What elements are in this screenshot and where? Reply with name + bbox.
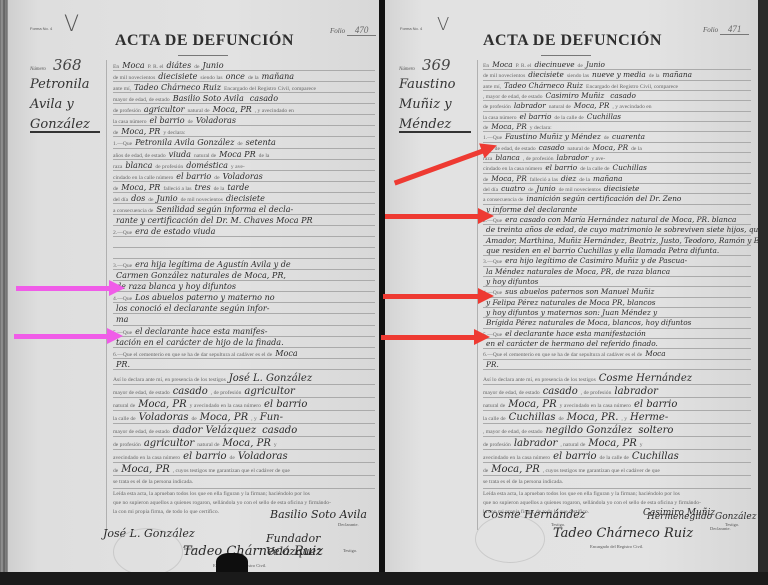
printed-label: de profesión	[155, 164, 183, 170]
printed-label: de	[194, 64, 199, 70]
margin-rule	[30, 131, 100, 133]
form-line: de mil novecientosdiecisietesiendo lason…	[113, 71, 375, 82]
handwritten-entry: Voladoras	[235, 451, 291, 462]
printed-label: de mil novecientos	[181, 197, 223, 203]
printed-label: 4.—Que	[113, 296, 132, 302]
handwritten-entry: Moca, PR	[488, 174, 530, 183]
witness-section: Así lo declara ante mí, en presencia de …	[113, 372, 375, 489]
check-mark-icon: V	[437, 14, 449, 35]
printed-label: se trata es el de la persona indicada.	[483, 479, 563, 485]
certificate-body: EnMocaP. R. eldiátesdeJuniode mil noveci…	[113, 60, 375, 370]
red-arrow-icon	[385, 214, 495, 219]
printed-label: 1.—Que	[113, 141, 132, 147]
printed-label: P. R. el	[148, 64, 164, 70]
red-arrow-icon	[383, 294, 498, 299]
ink-blot	[216, 553, 248, 572]
handwritten-entry: los conoció el declarante según infor-	[113, 304, 272, 313]
handwritten-entry: Carmen González naturales de Moca, PR,	[113, 271, 289, 280]
form-line: del díacuatrodeJuniode mil novecientosdi…	[483, 184, 751, 194]
declarant-label: Declarante.	[338, 522, 359, 527]
form-line: se trata es el de la persona indicada.	[113, 476, 375, 489]
handwritten-entry: el barrio	[631, 399, 680, 410]
printed-label: natural de	[113, 403, 135, 409]
handwritten-entry: en el carácter de hermano del referido f…	[483, 339, 661, 348]
page-title: ACTA DE DEFUNCIÓN	[115, 32, 294, 50]
printed-label: de la calle de	[554, 115, 583, 121]
handwritten-entry: tres	[192, 183, 214, 192]
handwritten-entry: José L. González	[226, 373, 315, 384]
form-line: 5.—Queel declarante hace esta manifestac…	[483, 329, 751, 339]
handwritten-entry: Voladoras	[193, 116, 239, 125]
printed-label: , de profesión	[581, 390, 612, 396]
form-line: 2.—Queera de estado viuda	[113, 226, 375, 237]
printed-label: , mayor de edad, de estado	[483, 94, 543, 100]
handwritten-entry: setenta	[243, 138, 279, 147]
form-line: años de edad, de estadoviudanatural deMo…	[113, 149, 375, 160]
handwritten-entry: de raza blanca y hoy difuntos	[113, 282, 239, 291]
printed-label: natural de	[194, 153, 216, 159]
handwritten-entry: Moca	[489, 60, 515, 69]
printed-label: Así lo declara ante mí, en presencia de …	[113, 377, 226, 383]
form-line: cindado en la casa númeroel barriode la …	[483, 163, 751, 173]
printed-label: , y	[251, 416, 257, 422]
printed-label: a consecuencia de	[483, 197, 523, 203]
margin-entry: Número 369 Faustino Muñiz y Méndez	[399, 56, 456, 135]
printed-label: de la	[579, 177, 590, 183]
handwritten-entry: Moca, PR	[118, 127, 163, 136]
closing-line-2: que no supieron aquellos a quienes rogar…	[113, 499, 375, 508]
printed-label: la calle de	[113, 416, 136, 422]
handwritten-entry: nueve y media	[589, 70, 649, 79]
form-line: Así lo declara ante mí, en presencia de …	[113, 372, 375, 385]
handwritten-entry: Junio	[200, 61, 227, 70]
form-line: de profesiónagricultornatural deMoca, PR…	[113, 437, 375, 450]
printed-label: y ave-	[591, 156, 605, 162]
form-line: , mayor de edad, de estadonegildo Gonzál…	[483, 424, 751, 437]
handwritten-entry: Senilidad según informa el decla-	[153, 205, 296, 214]
printed-label: de profesión	[113, 442, 141, 448]
printed-label: natural de	[549, 104, 571, 110]
form-line: y hoy difuntos	[483, 277, 751, 287]
handwritten-entry: el declarante hace esta manifestación	[502, 329, 649, 338]
form-line: de profesiónlabradornatural deMoca, PR, …	[483, 101, 751, 111]
printed-label: y ave-	[231, 164, 245, 170]
handwritten-entry: ma	[113, 315, 131, 324]
form-line: 6.—Que el cementerio en que se ha de dar…	[113, 348, 375, 359]
form-line: años de edad, de estadocasadonatural deM…	[483, 143, 751, 153]
printed-label: de la calle de	[580, 166, 609, 172]
form-line: se trata es el de la persona indicada.	[483, 476, 751, 489]
printed-label: Encargado del Registro Civil, comparece	[586, 84, 678, 90]
witness2-label: Testigo.	[725, 522, 739, 527]
handwritten-entry: diecisiete	[601, 184, 643, 193]
printed-label: del día	[113, 197, 128, 203]
form-line: Brígida Pérez naturales de Moca, blancos…	[483, 318, 751, 328]
printed-label: Así lo declara ante mí, en presencia de …	[483, 377, 596, 383]
handwritten-entry: once	[223, 72, 248, 81]
registrar-signature: Tadeo Chárneco Ruiz	[183, 544, 323, 559]
handwritten-entry: diátes	[164, 61, 195, 70]
printed-label: cindado en la calle número	[113, 175, 173, 181]
handwritten-entry: Moca	[642, 349, 668, 358]
form-line: ma	[113, 314, 375, 325]
handwritten-entry: Moca, PR	[590, 143, 632, 152]
document-spread: Forma No. 4 V Folio 470 ACTA DE DEFUNCIÓ…	[0, 0, 768, 585]
form-line: , mayor de edad, de estadoCasimiro Muñiz…	[483, 91, 751, 101]
form-line: ante mí,Tadeo Chárneco RuizEncargado del…	[483, 81, 751, 91]
printed-label: de la	[248, 75, 259, 81]
form-line: EnMocaP. R. eldiecinuevedeJunio	[483, 60, 751, 70]
printed-label: , y avecindado en	[612, 104, 651, 110]
form-line: los conoció el declarante según infor-	[113, 303, 375, 314]
handwritten-entry: era casado con María Hernández natural d…	[502, 215, 739, 224]
printed-label: la casa número	[483, 115, 517, 121]
handwritten-entry: negildo González	[543, 425, 636, 436]
printed-label: natural de	[197, 442, 219, 448]
printed-label: de	[559, 416, 564, 422]
printed-label: , de profesión	[523, 156, 554, 162]
handwritten-entry: de treinta años de edad, de cuyo matrimo…	[483, 225, 758, 234]
form-line: la Méndez naturales de Moca, PR, de raza…	[483, 267, 751, 277]
form-line: que residen en el barrio Cuchillas y ell…	[483, 246, 751, 256]
printed-label: siendo las	[567, 73, 589, 79]
printed-label: 6.—Que el cementerio en que se ha de dar…	[113, 352, 272, 358]
form-line: del díadosdeJuniode mil novecientosdieci…	[113, 193, 375, 204]
printed-label: ante mí,	[113, 86, 131, 92]
handwritten-entry: PR.	[483, 360, 502, 369]
margin-name-line-2: Avila y	[30, 95, 90, 115]
handwritten-entry: labrador	[611, 386, 661, 397]
pink-arrow-icon	[14, 334, 126, 339]
handwritten-entry: viuda	[166, 150, 194, 159]
handwritten-entry: y hoy difuntos y maternos son: Juan Ménd…	[483, 308, 660, 317]
printed-label: 3.—Que	[483, 259, 502, 265]
handwritten-entry: el barrio	[147, 116, 188, 125]
handwritten-entry: Moca, PR	[118, 464, 172, 475]
printed-label: de	[237, 141, 242, 147]
printed-label: de mil novecientos	[113, 75, 155, 81]
form-line: 1.—QueFaustino Muñiz y Méndezdecuarenta	[483, 132, 751, 142]
folio-label: Folio	[703, 26, 718, 34]
form-line: mayor de edad, de estadocasado, de profe…	[113, 385, 375, 398]
title-underline	[541, 55, 591, 56]
folio-label: Folio	[330, 27, 345, 35]
handwritten-entry: Moca PR	[216, 150, 259, 159]
printed-label: la calle de	[483, 416, 506, 422]
handwritten-entry: Herme-	[627, 412, 671, 423]
handwritten-entry: tación en el carácter de hijo de la fina…	[113, 338, 287, 347]
form-line: Amador, Marthina, Muñiz Hernández, Beatr…	[483, 236, 751, 246]
folio: Folio 470	[330, 25, 376, 35]
form-line: la casa númeroel barriode la calle deCuc…	[483, 112, 751, 122]
form-line: de mil novecientosdiecisietesiendo lasnu…	[483, 70, 751, 80]
printed-label: mayor de edad, de estado	[113, 390, 170, 396]
handwritten-entry: casado	[170, 386, 211, 397]
printed-label: , de profesión	[211, 390, 242, 396]
printed-label: de	[148, 197, 153, 203]
printed-label: y	[274, 442, 277, 448]
handwritten-entry: cuatro	[498, 184, 528, 193]
form-line: deMoca, PRy declara:	[113, 126, 375, 137]
numero-label: Número	[30, 67, 46, 72]
handwritten-entry: era hija legítima de Agustín Avila y de	[132, 260, 294, 269]
handwritten-entry: Moca, PR	[488, 122, 530, 131]
form-line: ante mí,Tadeo Chárneco RuizEncargado del…	[113, 82, 375, 93]
handwritten-entry: labrador	[511, 438, 561, 449]
margin-rule	[399, 131, 471, 133]
form-line: deMoca, PR, cuyos testigos me garantizan…	[113, 463, 375, 476]
printed-label: se trata es el de la persona indicada.	[113, 479, 193, 485]
handwritten-entry: casado	[540, 386, 581, 397]
handwritten-entry: Moca, PR	[135, 399, 189, 410]
handwritten-entry: Junio	[154, 194, 181, 203]
handwritten-entry: Tadeo Chárneco Ruiz	[131, 83, 224, 92]
handwritten-entry: diez	[558, 174, 579, 183]
printed-label: raza	[113, 164, 122, 170]
handwritten-entry: casado	[247, 94, 281, 103]
handwritten-entry: que residen en el barrio Cuchillas y ell…	[483, 246, 722, 255]
form-line: de profesiónagricultornatural deMoca, PR…	[113, 104, 375, 115]
form-line: y informe del declarante	[483, 205, 751, 215]
handwritten-entry: Moca, PR	[210, 105, 255, 114]
printed-label: de	[191, 416, 196, 422]
handwritten-entry: Cuchillas	[506, 412, 559, 423]
margin-name-line-1: Petronila	[30, 75, 90, 95]
handwritten-entry: agricultor	[141, 438, 197, 449]
handwritten-entry: sus abuelos paternos son Manuel Muñiz	[502, 287, 657, 296]
printed-label: 2.—Que	[113, 230, 132, 236]
handwritten-entry: mañana	[259, 72, 297, 81]
handwritten-entry: Moca, PR	[197, 412, 251, 423]
form-line: la casa númeroel barriodeVoladoras	[113, 115, 375, 126]
form-line: en el carácter de hermano del referido f…	[483, 339, 751, 349]
closing-line-2: que no supieron aquellos a quienes rogar…	[483, 499, 751, 508]
folio-number: 471	[720, 24, 750, 35]
form-line: EnMocaP. R. eldiátesdeJunio	[113, 60, 375, 71]
printed-label: natural de	[567, 146, 589, 152]
column-divider	[106, 60, 107, 530]
form-line: la calle deCuchillasdeMoca, PR., yHerme-	[483, 411, 751, 424]
margin-name-line-2: Muñiz y	[399, 95, 456, 115]
printed-label: 3.—Que	[113, 263, 132, 269]
form-number: Forma No. 4	[400, 26, 422, 31]
printed-label: natural de	[483, 403, 505, 409]
form-line: mayor de edad, de estadocasado, de profe…	[483, 385, 751, 398]
form-line: avecindado en la casa númeroel barriode …	[483, 450, 751, 463]
handwritten-entry: agricultor	[241, 386, 297, 397]
printed-label: , y avecindado en	[255, 108, 294, 114]
form-line: rante y certificación del Dr. M. Chaves …	[113, 215, 375, 226]
printed-label: , cuyos testigos me garantizan que el ca…	[543, 468, 660, 474]
printed-label: y declara:	[530, 125, 552, 131]
registrar-label: Encargado del Registro Civil.	[590, 544, 643, 549]
handwritten-entry: Amador, Marthina, Muñiz Hernández, Beatr…	[483, 236, 758, 245]
closing-line-1: Leída esta acta, la aprueban todos los q…	[483, 490, 751, 499]
red-arrow-icon	[381, 335, 491, 340]
page-edge	[758, 0, 768, 585]
handwritten-entry: el barrio	[180, 451, 229, 462]
handwritten-entry: diecisiete	[223, 194, 268, 203]
handwritten-entry: mañana	[660, 70, 696, 79]
form-line: Carmen González naturales de Moca, PR,	[113, 270, 375, 281]
form-line: deMoca, PRfalleció a lastresde latarde	[113, 182, 375, 193]
margin-name-line-1: Faustino	[399, 75, 456, 95]
form-line: 4.—QueLos abuelos paterno y materno no	[113, 292, 375, 303]
form-line: tación en el carácter de hijo de la fina…	[113, 337, 375, 348]
handwritten-entry: y hoy difuntos	[483, 277, 541, 286]
form-line: y hoy difuntos y maternos son: Juan Ménd…	[483, 308, 751, 318]
form-line: mayor de edad, de estadoBasilio Soto Avi…	[113, 93, 375, 104]
title-underline	[178, 55, 228, 56]
handwritten-entry: Moca, PR	[585, 438, 639, 449]
handwritten-entry: Junio	[533, 184, 558, 193]
printed-label: Encargado del Registro Civil, comparece	[224, 86, 316, 92]
official-seal-stamp	[113, 528, 183, 572]
form-line: de raza blanca y hoy difuntos	[113, 281, 375, 292]
printed-label: del día	[483, 187, 498, 193]
printed-label: de la calle de	[600, 455, 629, 461]
numero-label: Número	[399, 67, 415, 72]
form-line: razablancade profesióndomésticay ave-	[113, 160, 375, 171]
printed-label: y	[640, 442, 643, 448]
handwritten-entry: el barrio	[173, 172, 214, 181]
printed-label: , natural de	[560, 442, 585, 448]
handwritten-entry: Cuchillas	[610, 163, 650, 172]
form-line: 3.—Queera hijo legítimo de Casimiro Muñi…	[483, 256, 751, 266]
handwritten-entry: casado	[607, 91, 639, 100]
handwritten-entry: Moca, PR.	[564, 412, 622, 423]
handwritten-entry: tarde	[224, 183, 252, 192]
handwritten-entry: blanca	[492, 153, 523, 162]
handwritten-entry: el barrio	[550, 451, 599, 462]
handwritten-entry: dador Velázquez	[170, 425, 259, 436]
handwritten-entry: Moca	[272, 349, 300, 358]
handwritten-entry: casado	[259, 425, 300, 436]
printed-label: a consecuencia de	[113, 208, 153, 214]
printed-label: y declara:	[163, 130, 185, 136]
handwritten-entry: Moca, PR	[219, 438, 273, 449]
official-seal-stamp	[475, 515, 545, 563]
handwritten-entry	[113, 238, 119, 247]
form-number: Forma No. 4	[30, 26, 52, 31]
handwritten-entry: Casimiro Muñiz	[543, 91, 608, 100]
handwritten-entry: era de estado viuda	[132, 227, 218, 236]
handwritten-entry: Los abuelos paterno y materno no	[132, 293, 278, 302]
printed-label: mayor de edad, de estado	[113, 97, 170, 103]
handwritten-entry: el barrio	[517, 112, 555, 121]
margin-entry: Número 368 Petronila Avila y González	[30, 56, 90, 135]
printed-label: mayor de edad, de estado	[483, 390, 540, 396]
printed-label: falleció a las	[530, 177, 558, 183]
form-line: natural deMoca, PRy avecindado en la cas…	[113, 398, 375, 411]
handwritten-entry: Voladoras	[136, 412, 192, 423]
printed-label: de	[214, 175, 219, 181]
handwritten-entry: era hijo legítimo de Casimiro Muñiz y de…	[502, 256, 690, 265]
handwritten-entry: Faustino Muñiz y Méndez	[502, 132, 604, 141]
handwritten-entry: cuarenta	[609, 132, 648, 141]
registrar-signature: Tadeo Chárneco Ruiz	[553, 526, 693, 541]
declarant-signature: Basilio Soto Avila	[270, 508, 367, 521]
handwritten-entry: el declarante hace esta manifes-	[132, 327, 270, 336]
handwritten-entry: Cuchillas	[584, 112, 624, 121]
handwritten-entry: blanca	[122, 161, 155, 170]
handwritten-entry: Moca, PR	[118, 183, 163, 192]
handwritten-entry: Fun-	[257, 412, 286, 423]
bottom-edge	[0, 572, 768, 585]
form-line: y Felipa Pérez naturales de Moca PR, bla…	[483, 298, 751, 308]
handwritten-entry: Moca, PR	[571, 101, 613, 110]
printed-label: 6.—Que el cementerio en que se ha de dar…	[483, 352, 642, 358]
form-line: 1.—QuePetronila Avila Gonzálezdesetenta	[113, 137, 375, 148]
handwritten-entry: labrador	[554, 153, 592, 162]
handwritten-entry: mañana	[590, 174, 626, 183]
form-line: de profesiónlabrador, natural deMoca, PR…	[483, 437, 751, 450]
record-number: 368	[53, 56, 82, 74]
printed-label: de la	[649, 73, 660, 79]
folio: Folio 471	[703, 24, 749, 34]
handwritten-entry: el barrio	[542, 163, 580, 172]
form-line: Así lo declara ante mí, en presencia de …	[483, 372, 751, 385]
handwritten-entry: diecinueve	[531, 60, 577, 69]
handwritten-entry: Cosme Hernández	[596, 373, 695, 384]
form-line: deMoca, PRy declara:	[483, 122, 751, 132]
form-line: a consecuencia deinanición según certifi…	[483, 194, 751, 204]
handwritten-entry: y Felipa Pérez naturales de Moca PR, bla…	[483, 298, 659, 307]
folio-number: 470	[347, 25, 377, 36]
printed-label: de profesión	[113, 108, 141, 114]
printed-label: de profesión	[483, 442, 511, 448]
handwritten-entry: Voladoras	[220, 172, 266, 181]
printed-label: cindado en la casa número	[483, 166, 542, 172]
form-line: PR.	[113, 359, 375, 370]
handwritten-entry: doméstica	[183, 161, 231, 170]
form-line: a consecuencia deSenilidad según informa…	[113, 204, 375, 215]
handwritten-entry: casado	[536, 143, 568, 152]
handwritten-entry: la Méndez naturales de Moca, PR, de raza…	[483, 267, 673, 276]
printed-label: la casa número	[113, 119, 147, 125]
printed-label: de mil novecientos	[483, 73, 525, 79]
witness2-label: Testigo.	[343, 548, 357, 553]
pink-arrow-icon	[16, 286, 126, 291]
handwritten-entry: Tadeo Chárneco Ruiz	[501, 81, 586, 90]
handwritten-entry: el barrio	[261, 399, 310, 410]
printed-label: de la	[631, 146, 642, 152]
form-line: de treinta años de edad, de cuyo matrimo…	[483, 225, 751, 235]
form-line: 4.—Quesus abuelos paternos son Manuel Mu…	[483, 287, 751, 297]
handwritten-entry	[113, 249, 119, 258]
witness2-signature: Hermenegildo González	[647, 512, 756, 522]
form-line: mayor de edad, de estadodador Velázquezc…	[113, 424, 375, 437]
handwritten-entry: labrador	[511, 101, 549, 110]
printed-label: natural de	[187, 108, 209, 114]
certificate-body: EnMocaP. R. eldiecinuevedeJuniode mil no…	[483, 60, 751, 370]
printed-label: falleció a las	[163, 186, 191, 192]
handwritten-entry: Brígida Pérez naturales de Moca, blancos…	[483, 318, 694, 327]
handwritten-entry: Moca, PR	[505, 399, 559, 410]
printed-label: de profesión	[483, 104, 511, 110]
form-line: 3.—Queera hija legítima de Agustín Avila…	[113, 259, 375, 270]
handwritten-entry: Moca	[119, 61, 147, 70]
printed-label: ante mí,	[483, 84, 501, 90]
form-line: avecindado en la casa númeroel barriodeV…	[113, 450, 375, 463]
printed-label: avecindado en la casa número	[113, 455, 180, 461]
form-line: PR.	[483, 360, 751, 370]
printed-label: y avecindado en la casa número	[190, 403, 261, 409]
page-title: ACTA DE DEFUNCIÓN	[483, 32, 662, 50]
form-line: deMoca, PR, cuyos testigos me garantizan…	[483, 463, 751, 476]
form-line: la calle deVoladorasdeMoca, PR, yFun-	[113, 411, 375, 424]
handwritten-entry: rante y certificación del Dr. M. Chaves …	[113, 216, 316, 225]
